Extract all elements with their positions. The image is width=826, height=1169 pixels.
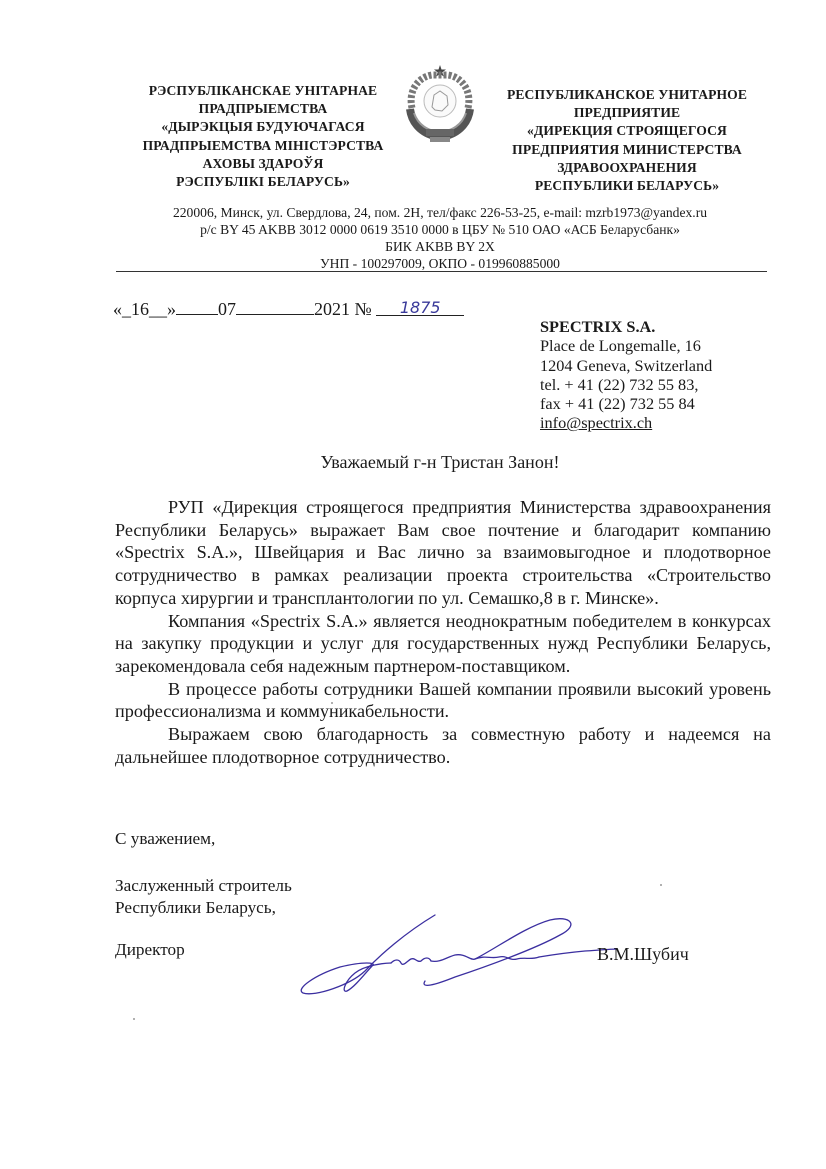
org-be-line: «ДЫРЭКЦЫЯ БУДУЮЧАГАСЯ — [118, 118, 408, 136]
date-and-number-line: «_16__»072021 № 1875 — [113, 296, 464, 321]
registration-codes-line: УНП - 100297009, ОКПО - 019960885000 — [110, 255, 770, 272]
blank-underline — [176, 296, 218, 315]
org-ru-line: РЕСПУБЛИКАНСКОЕ УНИТАРНОЕ — [478, 86, 776, 104]
recipient-tel: tel. + 41 (22) 732 55 83, — [540, 375, 712, 394]
org-be-line: ПРАДПРЫЕМСТВА — [118, 100, 408, 118]
scan-speck — [133, 1018, 135, 1020]
bic-line: БИК AKBB BY 2X — [110, 238, 770, 255]
body-paragraph: Компания «Spectrix S.A.» является неодно… — [115, 610, 771, 678]
date-day: 16 — [131, 299, 149, 319]
letterhead-divider — [116, 271, 767, 272]
body-paragraph: РУП «Дирекция строящегося предприятия Ми… — [115, 496, 771, 610]
body-paragraph: В процессе работы сотрудники Вашей компа… — [115, 678, 771, 723]
org-ru-line: РЕСПУБЛИКИ БЕЛАРУСЬ» — [478, 177, 776, 195]
org-name-belarusian: РЭСПУБЛІКАНСКАЕ УНІТАРНАЕ ПРАДПРЫЕМСТВА … — [118, 82, 408, 191]
recipient-city: 1204 Geneva, Switzerland — [540, 356, 712, 375]
blank-underline — [236, 296, 314, 315]
org-ru-line: ПРЕДПРИЯТИЕ — [478, 104, 776, 122]
state-emblem-icon — [402, 63, 478, 145]
recipient-fax: fax + 41 (22) 732 55 84 — [540, 394, 712, 413]
scan-speck — [331, 702, 333, 704]
org-name-russian: РЕСПУБЛИКАНСКОЕ УНИТАРНОЕ ПРЕДПРИЯТИЕ «Д… — [478, 86, 776, 195]
bank-account-line: р/с BY 45 AKBB 3012 0000 0619 3510 0000 … — [110, 221, 770, 238]
org-be-line: РЭСПУБЛІКАНСКАЕ УНІТАРНАЕ — [118, 82, 408, 100]
address-line: 220006, Минск, ул. Свердлова, 24, пом. 2… — [110, 204, 770, 221]
signatory-name: В.М.Шубич — [597, 944, 689, 965]
recipient-street: Place de Longemalle, 16 — [540, 336, 712, 355]
reg-number-handwritten: 1875 — [400, 298, 441, 317]
signatory-position: Директор — [115, 940, 185, 960]
scan-speck — [660, 884, 662, 886]
salutation: Уважаемый г-н Тристан Занон! — [100, 452, 780, 473]
signatory-honorific: Заслуженный строитель Республики Беларус… — [115, 875, 292, 918]
recipient-email-link[interactable]: info@spectrix.ch — [540, 413, 712, 432]
date-year: 2021 — [314, 299, 350, 319]
org-ru-line: «ДИРЕКЦИЯ СТРОЯЩЕГОСЯ — [478, 122, 776, 140]
org-ru-line: ЗДРАВООХРАНЕНИЯ — [478, 159, 776, 177]
org-requisites: 220006, Минск, ул. Свердлова, 24, пом. 2… — [110, 204, 770, 272]
letter-body: РУП «Дирекция строящегося предприятия Ми… — [115, 496, 771, 768]
handwritten-signature-icon — [295, 905, 625, 1005]
recipient-name: SPECTRIX S.A. — [540, 317, 712, 336]
date-month: 07 — [218, 299, 236, 319]
org-ru-line: ПРЕДПРИЯТИЯ МИНИСТЕРСТВА — [478, 141, 776, 159]
reg-number-field: 1875 — [376, 297, 464, 316]
closing-phrase: С уважением, — [115, 828, 215, 850]
body-paragraph: Выражаем свою благодарность за совместну… — [115, 723, 771, 768]
org-be-line: ПРАДПРЫЕМСТВА МІНІСТЭРСТВА — [118, 137, 408, 155]
org-be-line: АХОВЫ ЗДАРОЎЯ — [118, 155, 408, 173]
org-be-line: РЭСПУБЛІКІ БЕЛАРУСЬ» — [118, 173, 408, 191]
recipient-address: SPECTRIX S.A. Place de Longemalle, 16 12… — [540, 317, 712, 433]
